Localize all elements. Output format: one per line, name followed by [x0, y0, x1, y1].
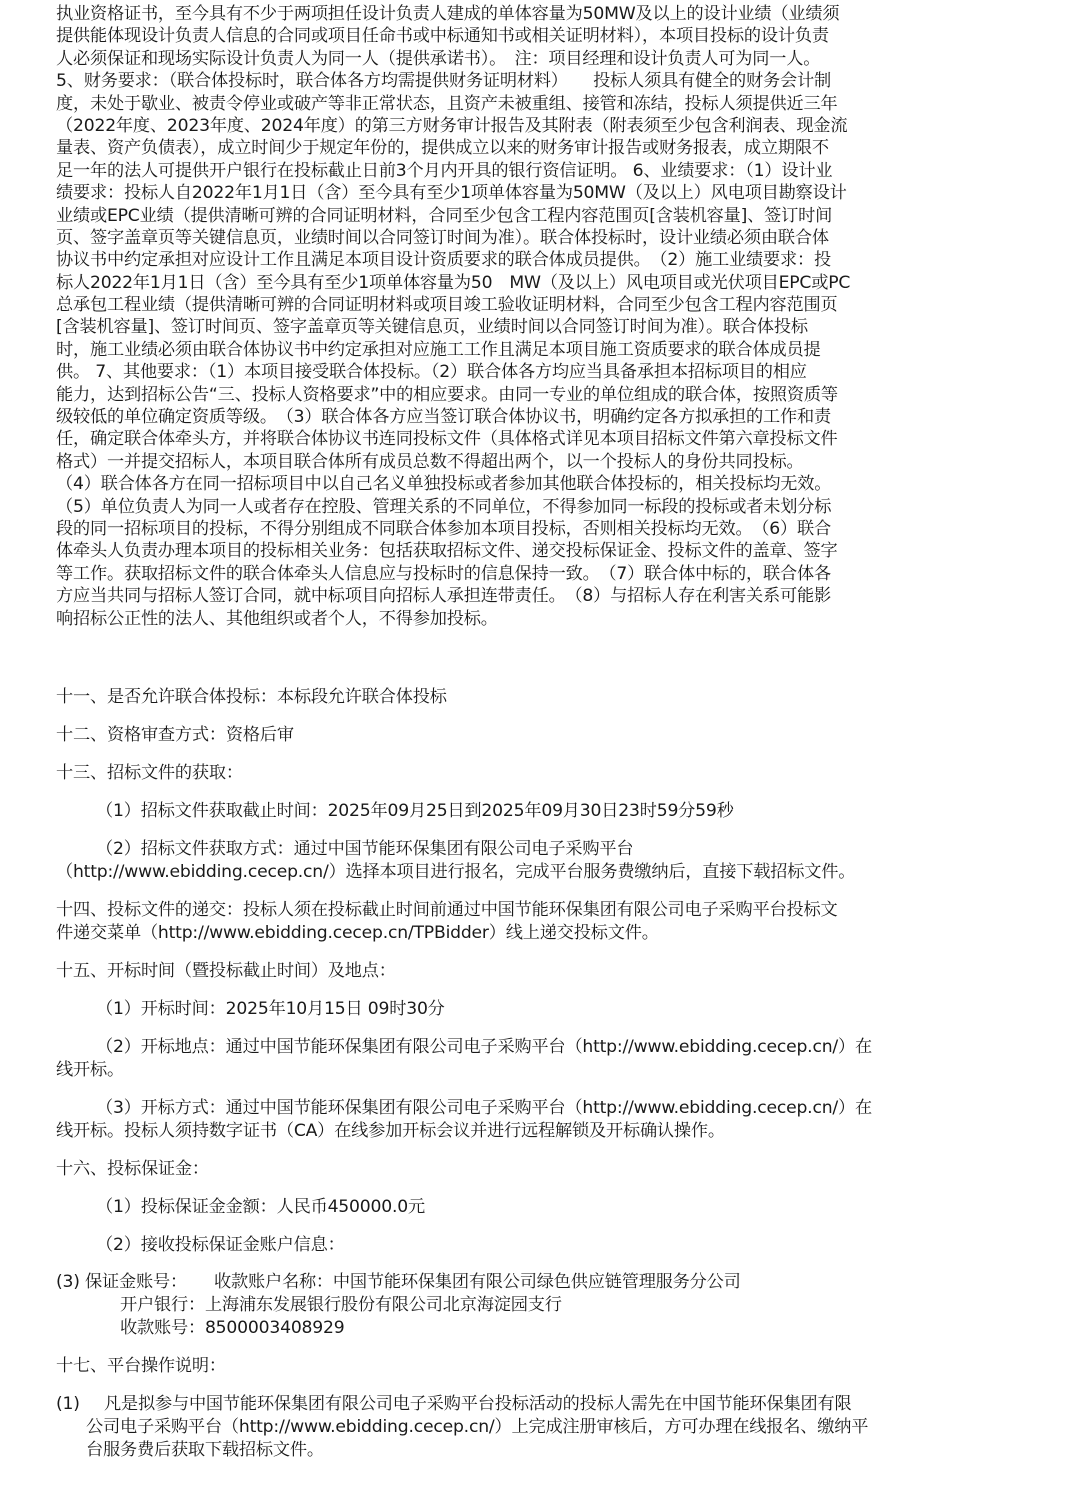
- body-line: 体牵头人负责办理本项目的投标相关业务：包括获取招标文件、递交投标保证金、投标文件…: [56, 540, 1024, 562]
- section-14-line-2[interactable]: 件递交菜单（http://www.ebidding.cecep.cn/TPBid…: [56, 922, 1026, 945]
- section-16-item-2: （2）接收投标保证金账户信息：: [96, 1234, 1066, 1257]
- body-line: 级较低的单位确定资质等级。 （3）联合体各方应当签订联合体协议书，明确约定各方拟…: [56, 406, 1024, 428]
- body-line: 方应当共同与招标人签订合同，就中标项目向招标人承担连带责任。 （8）与招标人存在…: [56, 585, 1024, 607]
- account-number: 收款账号：8500003408929: [120, 1317, 345, 1340]
- body-line: 任，确定联合体牵头方，并将联合体协议书连同投标文件（具体格式详见本项目招标文件第…: [56, 428, 1024, 450]
- section-17-item-1-line-3: 台服务费后获取下载招标文件。: [86, 1439, 324, 1462]
- body-line: 执业资格证书，至今具有不少于两项担任设计负责人建成的单体容量为50MW及以上的设…: [56, 3, 1024, 25]
- section-13-item-2-line-1: （2）招标文件获取方式：通过中国节能环保集团有限公司电子采购平台: [96, 838, 1066, 861]
- section-11-joint-bidding: 十一、是否允许联合体投标：本标段允许联合体投标: [56, 686, 1026, 709]
- body-line: 足一年的法人可提供开户银行在投标截止日前3个月内开具的银行资信证明。 6、业绩要…: [56, 160, 1024, 182]
- body-line: 格式）一并提交招标人，本项目联合体所有成员总数不得超出两个，以一个投标人的身份共…: [56, 451, 1024, 473]
- section-17-title: 十七、平台操作说明：: [56, 1355, 1026, 1378]
- body-line: 提供能体现设计负责人信息的合同或项目任命书或中标通知书或相关证明材料），本项目投…: [56, 25, 1024, 47]
- section-13-title: 十三、招标文件的获取：: [56, 762, 1026, 785]
- account-name: 收款账户名称：中国节能环保集团有限公司绿色供应链管理服务分公司: [214, 1271, 741, 1294]
- body-line: [含装机容量]、签订时间页、签字盖章页等关键信息页，业绩时间以合同签订时间为准）…: [56, 316, 1024, 338]
- body-line: 响招标公正性的法人、其他组织或者个人，不得参加投标。: [56, 608, 1024, 630]
- section-15-item-3-line-1[interactable]: （3）开标方式：通过中国节能环保集团有限公司电子采购平台（http://www.…: [96, 1097, 1066, 1120]
- body-line: 量表、资产负债表），成立时间少于规定年份的，提供成立以来的财务审计报告或财务报表…: [56, 137, 1024, 159]
- body-line: 绩要求：投标人自2022年1月1日（含）至今具有至少1项单体容量为50MW（及以…: [56, 182, 1024, 204]
- body-line: 页、签字盖章页等关键信息页，业绩时间以合同签订时间为准）。联合体投标时，设计业绩…: [56, 227, 1024, 249]
- body-line: 段的同一招标项目的投标，不得分别组成不同联合体参加本项目投标，否则相关投标均无效…: [56, 518, 1024, 540]
- body-line: 供。 7、其他要求：（1）本项目接受联合体投标。（2）联合体各方均应当具备承担本…: [56, 361, 1024, 383]
- requirements-body: 执业资格证书，至今具有不少于两项担任设计负责人建成的单体容量为50MW及以上的设…: [56, 3, 1024, 630]
- section-15-title: 十五、开标时间（暨投标截止时间）及地点：: [56, 960, 1026, 983]
- body-line: 5、财务要求：（联合体投标时，联合体各方均需提供财务证明材料） 投标人须具有健全…: [56, 70, 1024, 92]
- body-line: 标人2022年1月1日（含）至今具有至少1项单体容量为50 MW（及以上）风电项…: [56, 272, 1024, 294]
- section-17-item-1-line-1: 凡是拟参与中国节能环保集团有限公司电子采购平台投标活动的投标人需先在中国节能环保…: [104, 1393, 851, 1416]
- section-14-line-1: 十四、投标文件的递交：投标人须在投标截止时间前通过中国节能环保集团有限公司电子采…: [56, 899, 1026, 922]
- document-page: 执业资格证书，至今具有不少于两项担任设计负责人建成的单体容量为50MW及以上的设…: [0, 0, 1080, 1488]
- body-line: 人必须保证和现场实际设计负责人为同一人（提供承诺书）。 注：项目经理和设计负责人…: [56, 48, 1024, 70]
- body-line: 能力，达到招标公告“三、投标人资格要求”中的相应要求。由同一专业的单位组成的联合…: [56, 384, 1024, 406]
- section-17-item-1-number: (1): [56, 1393, 80, 1416]
- section-15-item-2-line-2: 线开标。: [56, 1059, 1026, 1082]
- section-15-item-2-line-1[interactable]: （2）开标地点：通过中国节能环保集团有限公司电子采购平台（http://www.…: [96, 1036, 1066, 1059]
- body-line: （4）联合体各方在同一招标项目中以自己名义单独投标或者参加其他联合体投标的，相关…: [56, 473, 1024, 495]
- body-line: （2022年度、2023年度、2024年度）的第三方财务审计报告及其附表（附表须…: [56, 115, 1024, 137]
- body-line: 度，未处于歇业、被责令停业或破产等非正常状态，且资产未被重组、接管和冻结，投标人…: [56, 93, 1024, 115]
- body-line: （5）单位负责人为同一人或者存在控股、管理关系的不同单位，不得参加同一标段的投标…: [56, 496, 1024, 518]
- section-13-item-1: （1）招标文件获取截止时间：2025年09月25日到2025年09月30日23时…: [96, 800, 1066, 823]
- section-16-item-3-label: (3) 保证金账号：: [56, 1271, 187, 1294]
- section-16-item-1: （1）投标保证金金额：人民币450000.0元: [96, 1196, 1066, 1219]
- section-12-qualification-review: 十二、资格审查方式：资格后审: [56, 724, 1026, 747]
- body-line: 等工作。获取招标文件的联合体牵头人信息应与投标时的信息保持一致。 （7）联合体中…: [56, 563, 1024, 585]
- section-17-item-1-line-2[interactable]: 公司电子采购平台（http://www.ebidding.cecep.cn/）上…: [86, 1416, 868, 1439]
- body-line: 业绩或EPC业绩（提供清晰可辨的合同证明材料，合同至少包含工程内容范围页[含装机…: [56, 205, 1024, 227]
- body-line: 时，施工业绩必须由联合体协议书中约定承担对应施工工作且满足本项目施工资质要求的联…: [56, 339, 1024, 361]
- section-15-item-3-line-2: 线开标。投标人须持数字证书（CA）在线参加开标会议并进行远程解锁及开标确认操作。: [56, 1120, 1026, 1143]
- body-line: 协议书中约定承担对应设计工作且满足本项目设计资质要求的联合体成员提供。 （2）施…: [56, 249, 1024, 271]
- body-line: 总承包工程业绩（提供清晰可辨的合同证明材料或项目竣工验收证明材料，合同至少包含工…: [56, 294, 1024, 316]
- section-15-item-1: （1）开标时间：2025年10月15日 09时30分: [96, 998, 1066, 1021]
- bank-name: 开户银行：上海浦东发展银行股份有限公司北京海淀园支行: [120, 1294, 562, 1317]
- section-16-title: 十六、投标保证金：: [56, 1158, 1026, 1181]
- section-13-item-2-line-2[interactable]: （http://www.ebidding.cecep.cn/）选择本项目进行报名…: [56, 861, 1026, 884]
